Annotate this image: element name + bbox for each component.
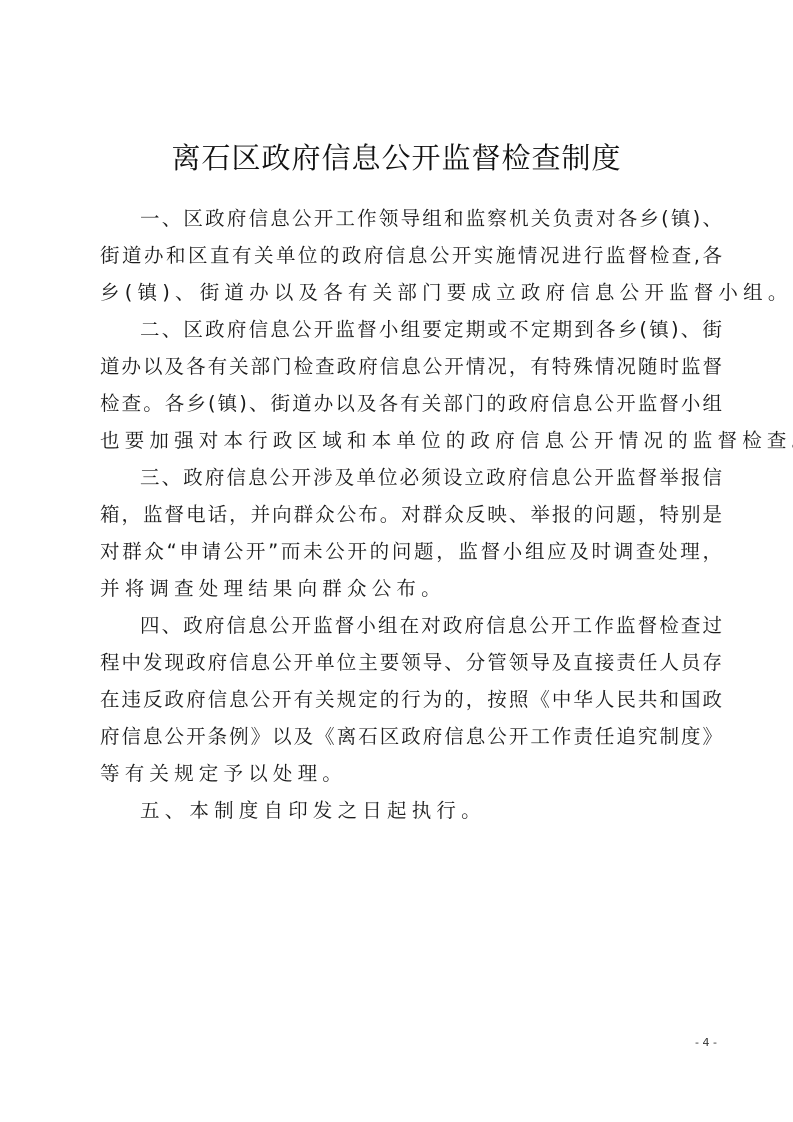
text-line: 对群众“申请公开”而未公开的问题，监督小组应及时调查处理， (100, 537, 722, 567)
text-line: 一、区政府信息公开工作领导组和监察机关负责对各乡(镇)、 (140, 204, 722, 234)
text-line: 等有关规定予以处理。 (100, 759, 722, 789)
text-line: 检查。各乡(镇)、街道办以及各有关部门的政府信息公开监督小组 (100, 389, 722, 419)
text-line: 府信息公开条例》以及《离石区政府信息公开工作责任追究制度》 (100, 722, 722, 752)
text-line: 街道办和区直有关单位的政府信息公开实施情况进行监督检查,各 (100, 241, 722, 271)
text-line: 五、本制度自印发之日起执行。 (140, 796, 722, 826)
text-line: 也要加强对本行政区域和本单位的政府信息公开情况的监督检查。 (100, 426, 722, 456)
text-line: 并将调查处理结果向群众公布。 (100, 574, 722, 604)
text-line: 乡(镇)、街道办以及各有关部门要成立政府信息公开监督小组。 (100, 278, 722, 308)
text-line: 二、区政府信息公开监督小组要定期或不定期到各乡(镇)、街 (140, 315, 722, 345)
text-line: 四、政府信息公开监督小组在对政府信息公开工作监督检查过 (140, 611, 722, 641)
text-line: 在违反政府信息公开有关规定的行为的，按照《中华人民共和国政 (100, 685, 722, 715)
text-line: 三、政府信息公开涉及单位必须设立政府信息公开监督举报信 (140, 463, 722, 493)
text-line: 箱，监督电话，并向群众公布。对群众反映、举报的问题，特别是 (100, 500, 722, 530)
text-line: 程中发现政府信息公开单位主要领导、分管领导及直接责任人员存 (100, 648, 722, 678)
document-title: 离石区政府信息公开监督检查制度 (0, 136, 793, 177)
text-line: 道办以及各有关部门检查政府信息公开情况，有特殊情况随时监督 (100, 352, 722, 382)
page-number: - 4 - (695, 1036, 717, 1049)
